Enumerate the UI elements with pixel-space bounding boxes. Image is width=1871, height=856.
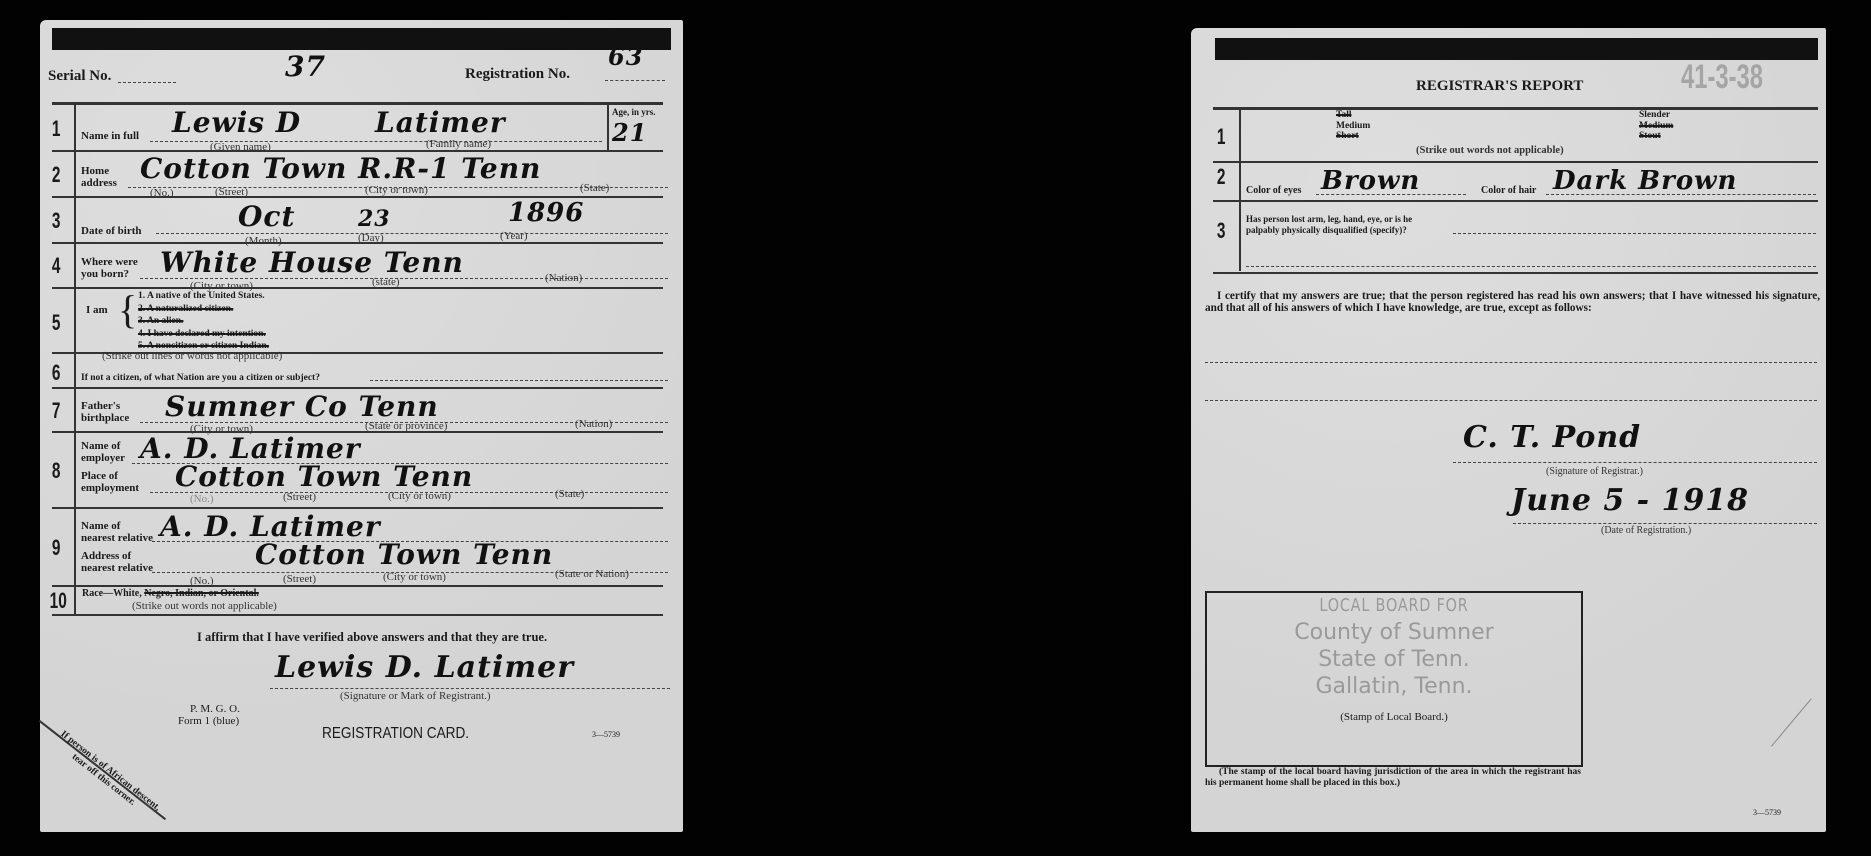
- registration-date-caption: (Date of Registration.): [1601, 525, 1691, 536]
- option-alien: 3. An alien.: [138, 315, 269, 328]
- father-birthplace-label-2: birthplace: [81, 412, 129, 424]
- row-number: 5: [52, 310, 61, 336]
- eye-color-value: Brown: [1321, 166, 1420, 196]
- option-naturalized: 2. A naturalized citizen.: [138, 303, 269, 316]
- registrar-report-back: REGISTRAR'S REPORT 41-3-38 1 Tall Medium…: [1191, 28, 1826, 832]
- nationality-dotted-line: [370, 380, 668, 381]
- stamp-caption: (Stamp of Local Board.): [1207, 711, 1581, 723]
- caption-city: (City or town): [388, 490, 451, 502]
- stamp-line-3: State of Tenn.: [1207, 647, 1581, 672]
- strike-note: (Strike out words not applicable): [1416, 145, 1564, 156]
- home-address-label-2: address: [81, 177, 117, 189]
- registrant-signature: Lewis D. Latimer: [275, 650, 574, 685]
- relative-address-label: Address of: [81, 550, 131, 562]
- birthplace-value: White House Tenn: [160, 246, 464, 279]
- caption-state: (State): [555, 488, 584, 500]
- hair-color-value: Dark Brown: [1553, 166, 1737, 196]
- row-number: 8: [52, 458, 61, 484]
- given-name-value: Lewis D: [172, 106, 301, 139]
- registrar-signature: C. T. Pond: [1463, 420, 1641, 455]
- height-options: Tall Medium Short: [1336, 110, 1370, 142]
- stamp-line-2: County of Sumner: [1207, 620, 1581, 645]
- caption-street: (Street): [283, 491, 316, 503]
- caption-city: (City or town): [365, 184, 428, 196]
- affirmation-text: I affirm that I have verified above answ…: [197, 630, 547, 645]
- father-birthplace-value: Sumner Co Tenn: [165, 390, 439, 423]
- row-number: 7: [52, 398, 61, 424]
- form-code: 3—5739: [592, 730, 620, 739]
- serial-value: 37: [285, 50, 326, 83]
- form-code: 3—5739: [1753, 808, 1781, 817]
- row-divider: [1213, 200, 1818, 202]
- registrar-signature-line: [1453, 462, 1817, 463]
- place-of-employment-label-2: employment: [81, 482, 139, 494]
- build-medium: Medium: [1639, 121, 1673, 132]
- dob-dotted-line: [156, 233, 668, 234]
- tear-off-note: If person is of African descent, tear of…: [50, 729, 162, 823]
- card-title: REGISTRATION CARD.: [322, 725, 469, 743]
- row-divider: [52, 387, 663, 389]
- row-divider: [1213, 272, 1818, 274]
- relative-address-value: Cotton Town Tenn: [255, 538, 553, 571]
- eye-color-label: Color of eyes: [1246, 185, 1301, 197]
- registration-dotted-line: [605, 80, 665, 81]
- i-am-label: I am: [86, 304, 108, 316]
- race-note: (Strike out words not applicable): [132, 600, 277, 612]
- caption-no: (No.): [150, 187, 174, 199]
- form-label: Form 1 (blue): [178, 715, 239, 727]
- dob-day-value: 23: [358, 206, 391, 232]
- dob-label: Date of birth: [81, 225, 142, 237]
- row-number: 6: [52, 360, 61, 386]
- row-number-divider: [74, 104, 76, 614]
- caption-day: (Day): [358, 232, 384, 244]
- registration-value: 63: [608, 42, 643, 71]
- registration-date: June 5 - 1918: [1511, 483, 1749, 518]
- disability-dotted-line: [1453, 233, 1816, 234]
- signature-caption: (Signature or Mark of Registrant.): [340, 690, 491, 702]
- certification-text: I certify that my answers are true; that…: [1205, 290, 1820, 314]
- brace: {: [118, 290, 137, 330]
- caption-city: (City or town): [383, 571, 446, 583]
- nearest-relative-label-2: nearest relative: [81, 532, 153, 544]
- place-of-employment-value: Cotton Town Tenn: [175, 460, 473, 493]
- disability-dotted-line-2: [1246, 266, 1816, 267]
- row-number: 10: [50, 588, 67, 614]
- height-medium: Medium: [1336, 121, 1370, 132]
- citizenship-options: 1. A native of the United States. 2. A n…: [138, 290, 269, 353]
- row-number: 1: [52, 116, 61, 142]
- registration-date-line: [1513, 523, 1817, 524]
- dob-month-value: Oct: [238, 200, 295, 233]
- row-divider: [52, 585, 663, 587]
- pmgo-label: P. M. G. O.: [190, 703, 240, 715]
- header-rule: [1213, 107, 1818, 110]
- birthplace-label-2: you born?: [81, 268, 129, 280]
- row-number: 4: [52, 253, 61, 279]
- family-name-value: Latimer: [375, 106, 506, 139]
- nationality-label: If not a citizen, of what Nation are you…: [81, 372, 320, 384]
- top-black-band: [1215, 38, 1818, 60]
- caption-street: (Street): [283, 573, 316, 585]
- caption-state-province: (State or province): [365, 420, 447, 432]
- age-divider: [607, 104, 609, 150]
- row-number: 3: [1217, 218, 1226, 244]
- row-divider: [52, 507, 663, 509]
- relative-address-label-2: nearest relative: [81, 562, 153, 574]
- exceptions-line-2: [1205, 400, 1817, 401]
- race-label: Race—White,: [82, 588, 142, 599]
- registration-card-front: Serial No. 37 Registration No. 63 1 Name…: [40, 20, 683, 832]
- top-black-band: [52, 28, 671, 50]
- hair-color-label: Color of hair: [1481, 185, 1536, 197]
- place-of-employment-label: Place of: [81, 470, 118, 482]
- row-number: 9: [52, 535, 61, 561]
- build-slender: Slender: [1639, 110, 1673, 121]
- stamp-line-4: Gallatin, Tenn.: [1207, 674, 1581, 699]
- race-struck-options: Negro, Indian, or Oriental.: [144, 588, 259, 599]
- caption-year: (Year): [500, 230, 528, 242]
- option-native: 1. A native of the United States.: [138, 290, 269, 303]
- row-divider: [1213, 161, 1818, 163]
- stamp-number: 41-3-38: [1681, 58, 1763, 97]
- row-number: 3: [52, 208, 61, 234]
- height-tall: Tall: [1336, 110, 1370, 121]
- row-number: 2: [1217, 164, 1226, 190]
- birthplace-label: Where were: [81, 256, 138, 268]
- row-divider: [52, 287, 663, 289]
- local-board-stamp-box: LOCAL BOARD FOR County of Sumner State o…: [1205, 591, 1583, 767]
- build-options: Slender Medium Stout: [1639, 110, 1673, 142]
- header-rule: [52, 102, 663, 105]
- caption-state: (state): [372, 276, 399, 288]
- stamp-line-1: LOCAL BOARD FOR: [1244, 595, 1543, 616]
- report-title: REGISTRAR'S REPORT: [1416, 78, 1583, 95]
- family-name-caption: (Family name): [426, 138, 491, 150]
- caption-state-nation: (State or Nation): [555, 568, 629, 580]
- registration-label: Registration No.: [465, 66, 570, 83]
- home-address-value: Cotton Town R.R-1 Tenn: [140, 152, 541, 185]
- employer-label: Name of: [81, 440, 120, 452]
- strike-note: (Strike out lines or words not applicabl…: [102, 350, 282, 362]
- father-birthplace-label: Father's: [81, 400, 120, 412]
- row-number: 1: [1217, 124, 1226, 150]
- height-short: Short: [1336, 131, 1370, 142]
- caption-street: (Street): [215, 186, 248, 198]
- build-stout: Stout: [1639, 131, 1673, 142]
- disability-label-2: palpably physically disqualified (specif…: [1246, 224, 1407, 236]
- name-label: Name in full: [81, 130, 139, 142]
- signature-dotted-line: [270, 688, 670, 689]
- row-number-divider: [1239, 109, 1241, 271]
- age-label: Age, in yrs.: [612, 106, 656, 118]
- caption-nation: (Nation): [545, 272, 582, 284]
- dob-year-value: 1896: [508, 198, 584, 228]
- serial-label: Serial No.: [48, 68, 111, 85]
- employer-label-2: employer: [81, 452, 125, 464]
- caption-no: (No.): [190, 575, 214, 587]
- serial-dotted-line: [118, 82, 176, 83]
- corner-stamp-line: [1771, 699, 1812, 747]
- age-value: 21: [612, 118, 647, 147]
- exceptions-line-1: [1205, 362, 1817, 363]
- home-address-label: Home: [81, 165, 109, 177]
- row-divider: [52, 614, 663, 616]
- race-line: Race—White, Negro, Indian, or Oriental.: [82, 588, 259, 600]
- caption-state: (State): [580, 182, 609, 194]
- stamp-instructions: (The stamp of the local board having jur…: [1205, 767, 1581, 789]
- registrar-signature-caption: (Signature of Registrar.): [1546, 466, 1643, 477]
- caption-no: (No.): [190, 493, 214, 505]
- nearest-relative-label: Name of: [81, 520, 120, 532]
- caption-nation: (Nation): [575, 418, 612, 430]
- option-declared-intention: 4. I have declared my intention.: [138, 328, 269, 341]
- row-number: 2: [52, 162, 61, 188]
